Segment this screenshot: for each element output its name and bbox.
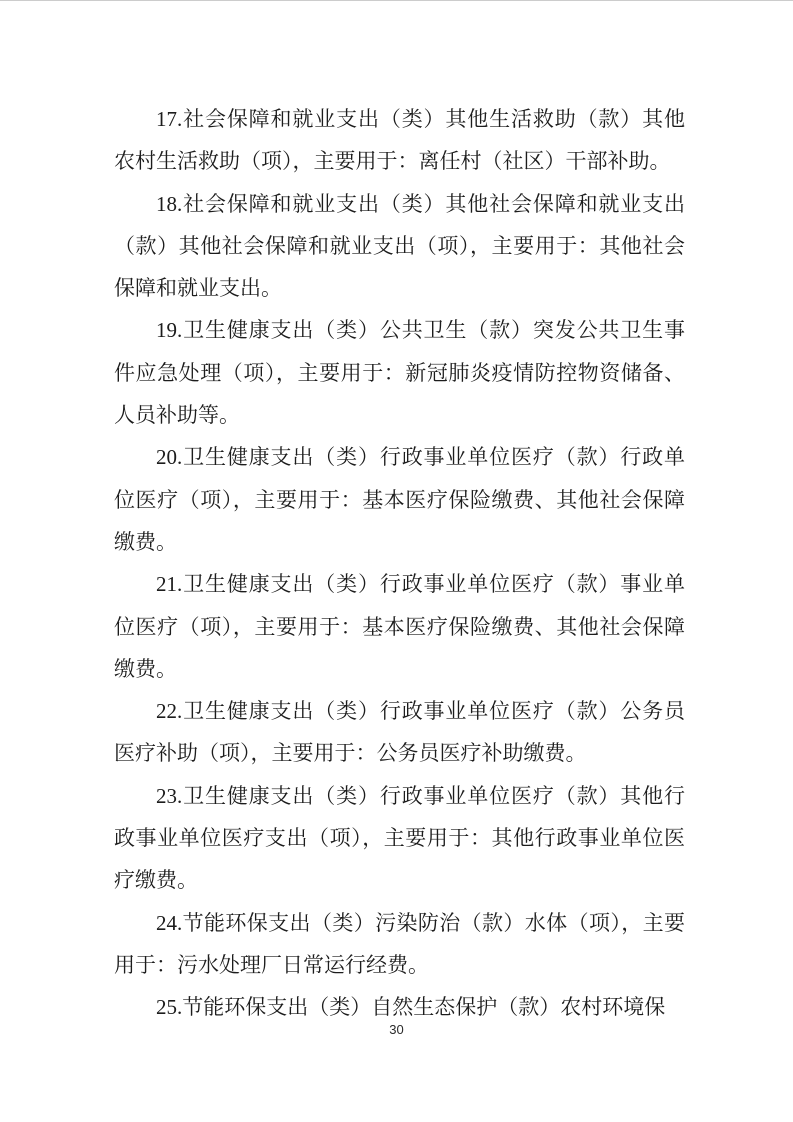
paragraph-23: 23.卫生健康支出（类）行政事业单位医疗（款）其他行政事业单位医疗支出（项），主… — [114, 775, 685, 902]
page-number: 30 — [0, 1022, 793, 1037]
paragraph-22: 22.卫生健康支出（类）行政事业单位医疗（款）公务员医疗补助（项），主要用于：公… — [114, 690, 685, 775]
paragraph-17: 17.社会保障和就业支出（类）其他生活救助（款）其他农村生活救助（项），主要用于… — [114, 98, 685, 183]
document-page: 17.社会保障和就业支出（类）其他生活救助（款）其他农村生活救助（项），主要用于… — [0, 0, 793, 1122]
paragraph-21: 21.卫生健康支出（类）行政事业单位医疗（款）事业单位医疗（项），主要用于：基本… — [114, 563, 685, 690]
paragraph-18: 18.社会保障和就业支出（类）其他社会保障和就业支出（款）其他社会保障和就业支出… — [114, 183, 685, 310]
paragraph-19: 19.卫生健康支出（类）公共卫生（款）突发公共卫生事件应急处理（项），主要用于：… — [114, 309, 685, 436]
paragraph-20: 20.卫生健康支出（类）行政事业单位医疗（款）行政单位医疗（项），主要用于：基本… — [114, 436, 685, 563]
document-text-block: 17.社会保障和就业支出（类）其他生活救助（款）其他农村生活救助（项），主要用于… — [114, 98, 685, 1029]
paragraph-24: 24.节能环保支出（类）污染防治（款）水体（项），主要用于：污水处理厂日常运行经… — [114, 902, 685, 987]
